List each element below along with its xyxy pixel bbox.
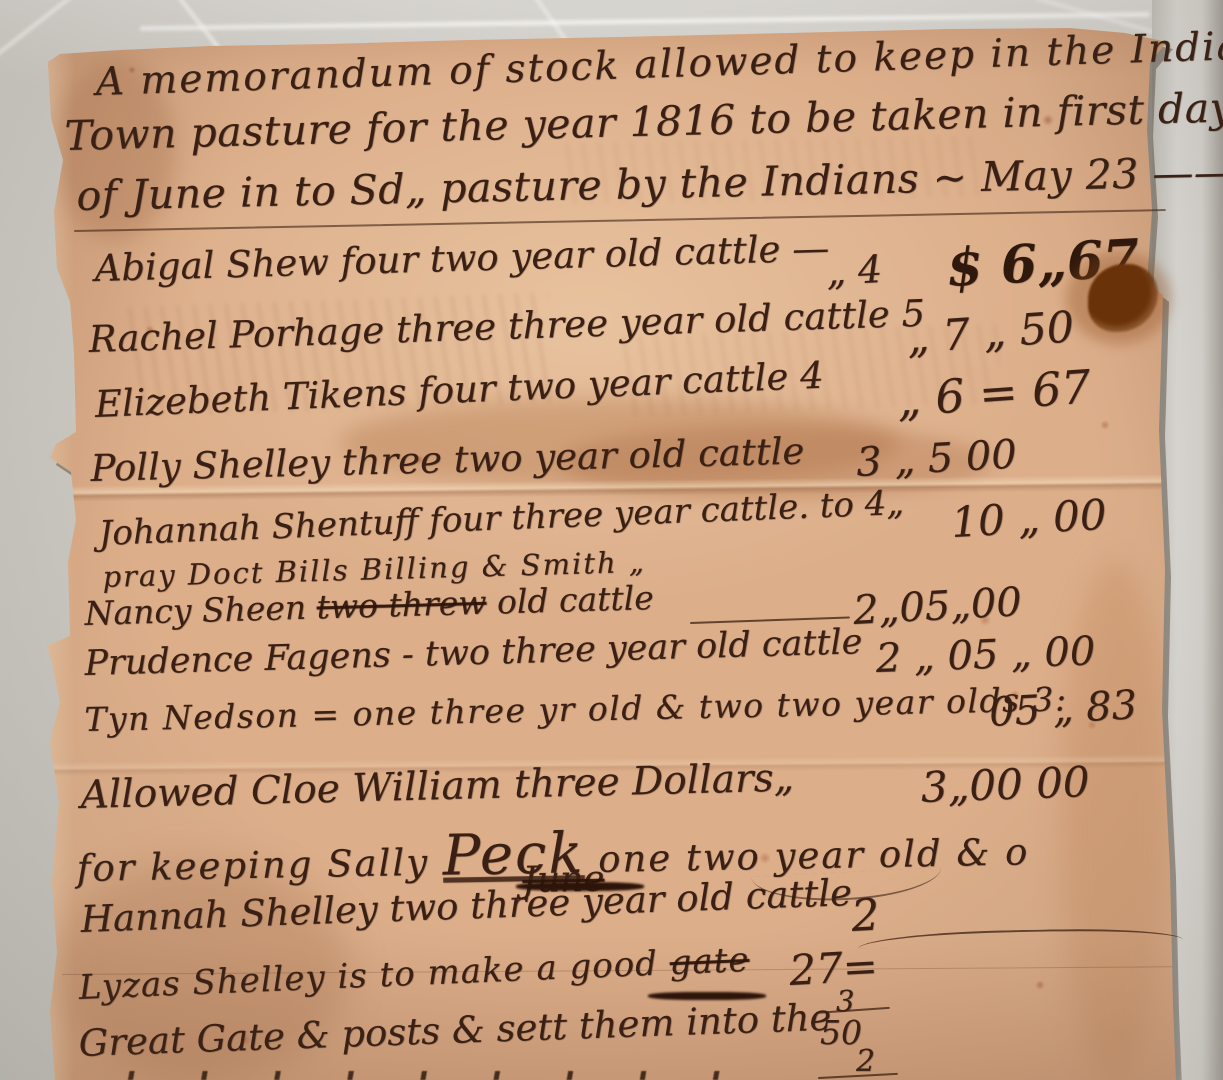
entry-nancy-sheen-rest: old cattle [486,578,654,622]
entry-johannah-shentuff: Johannah Shentuff four three year cattle… [98,483,905,554]
entry-nancy-sheen-struck-words: two threw [316,583,487,627]
heading-line-3: of June in to Sd„ pasture by the Indians… [76,148,1223,220]
entry-hannah-shelley-qty: 2 [850,890,881,942]
flourish-line-long [858,927,1183,949]
entry-sally-peck-prefix: for keeping Sally [76,841,443,890]
entry-nancy-sheen-prefix: Nancy Sheen [84,588,317,633]
entry-prudence-fagens-amount: 2 „ 05 „ 00 [875,628,1096,682]
entry-prudence-fagens: Prudence Fagens - two three year old cat… [84,622,863,684]
entry-elizebeth-tikens: Elizebeth Tikens four two year cattle 4 [94,354,824,426]
cut-off-line-strokes [95,1071,735,1080]
entry-rachel-porhage: Rachel Porhage three three year old catt… [88,292,926,361]
entry-nancy-sheen-amount: 2„05„00 [852,579,1023,634]
entry-lyzas-shelley-prefix: Lyzas Shelley is to make a good [78,943,670,1008]
entry-cloe-william-amount: 3„00 00 [920,757,1090,812]
entry-polly-shelley-amount: 3 „ 5 00 [855,432,1018,486]
entry-rachel-porhage-amount: „ 7 „ 50 [905,302,1076,364]
entry-polly-shelley: Polly Shelley three two year old cattle [90,430,805,490]
entry-abigal-shew-qty: „ 4 [825,247,883,294]
entry-elizebeth-tikens-amount: „ 6 = 67 [895,359,1092,426]
entry-tyn-nedson-amount: 05 „ 83 [988,682,1138,736]
ink-layer: A memorandum of stock allowed to keep in… [0,0,1223,1080]
entry-lyzas-shelley-struck-word: gate [669,940,750,983]
entry-abigal-shew: Abigal Shew four two year old cattle — [94,226,830,289]
entry-cloe-william: Allowed Cloe William three Dollars„ [80,756,794,818]
entry-johannah-shentuff-amount: 10 „ 00 [950,490,1108,547]
sum-27: 27= [788,941,879,995]
photo-of-document: { "photo": { "background_color": "#c9c6c… [0,0,1223,1080]
entry-tyn-nedson: Tyn Nedson = one three yr old & two two … [84,679,1068,739]
entry-great-gate: Great Gate & posts & sett them into the [78,996,832,1065]
